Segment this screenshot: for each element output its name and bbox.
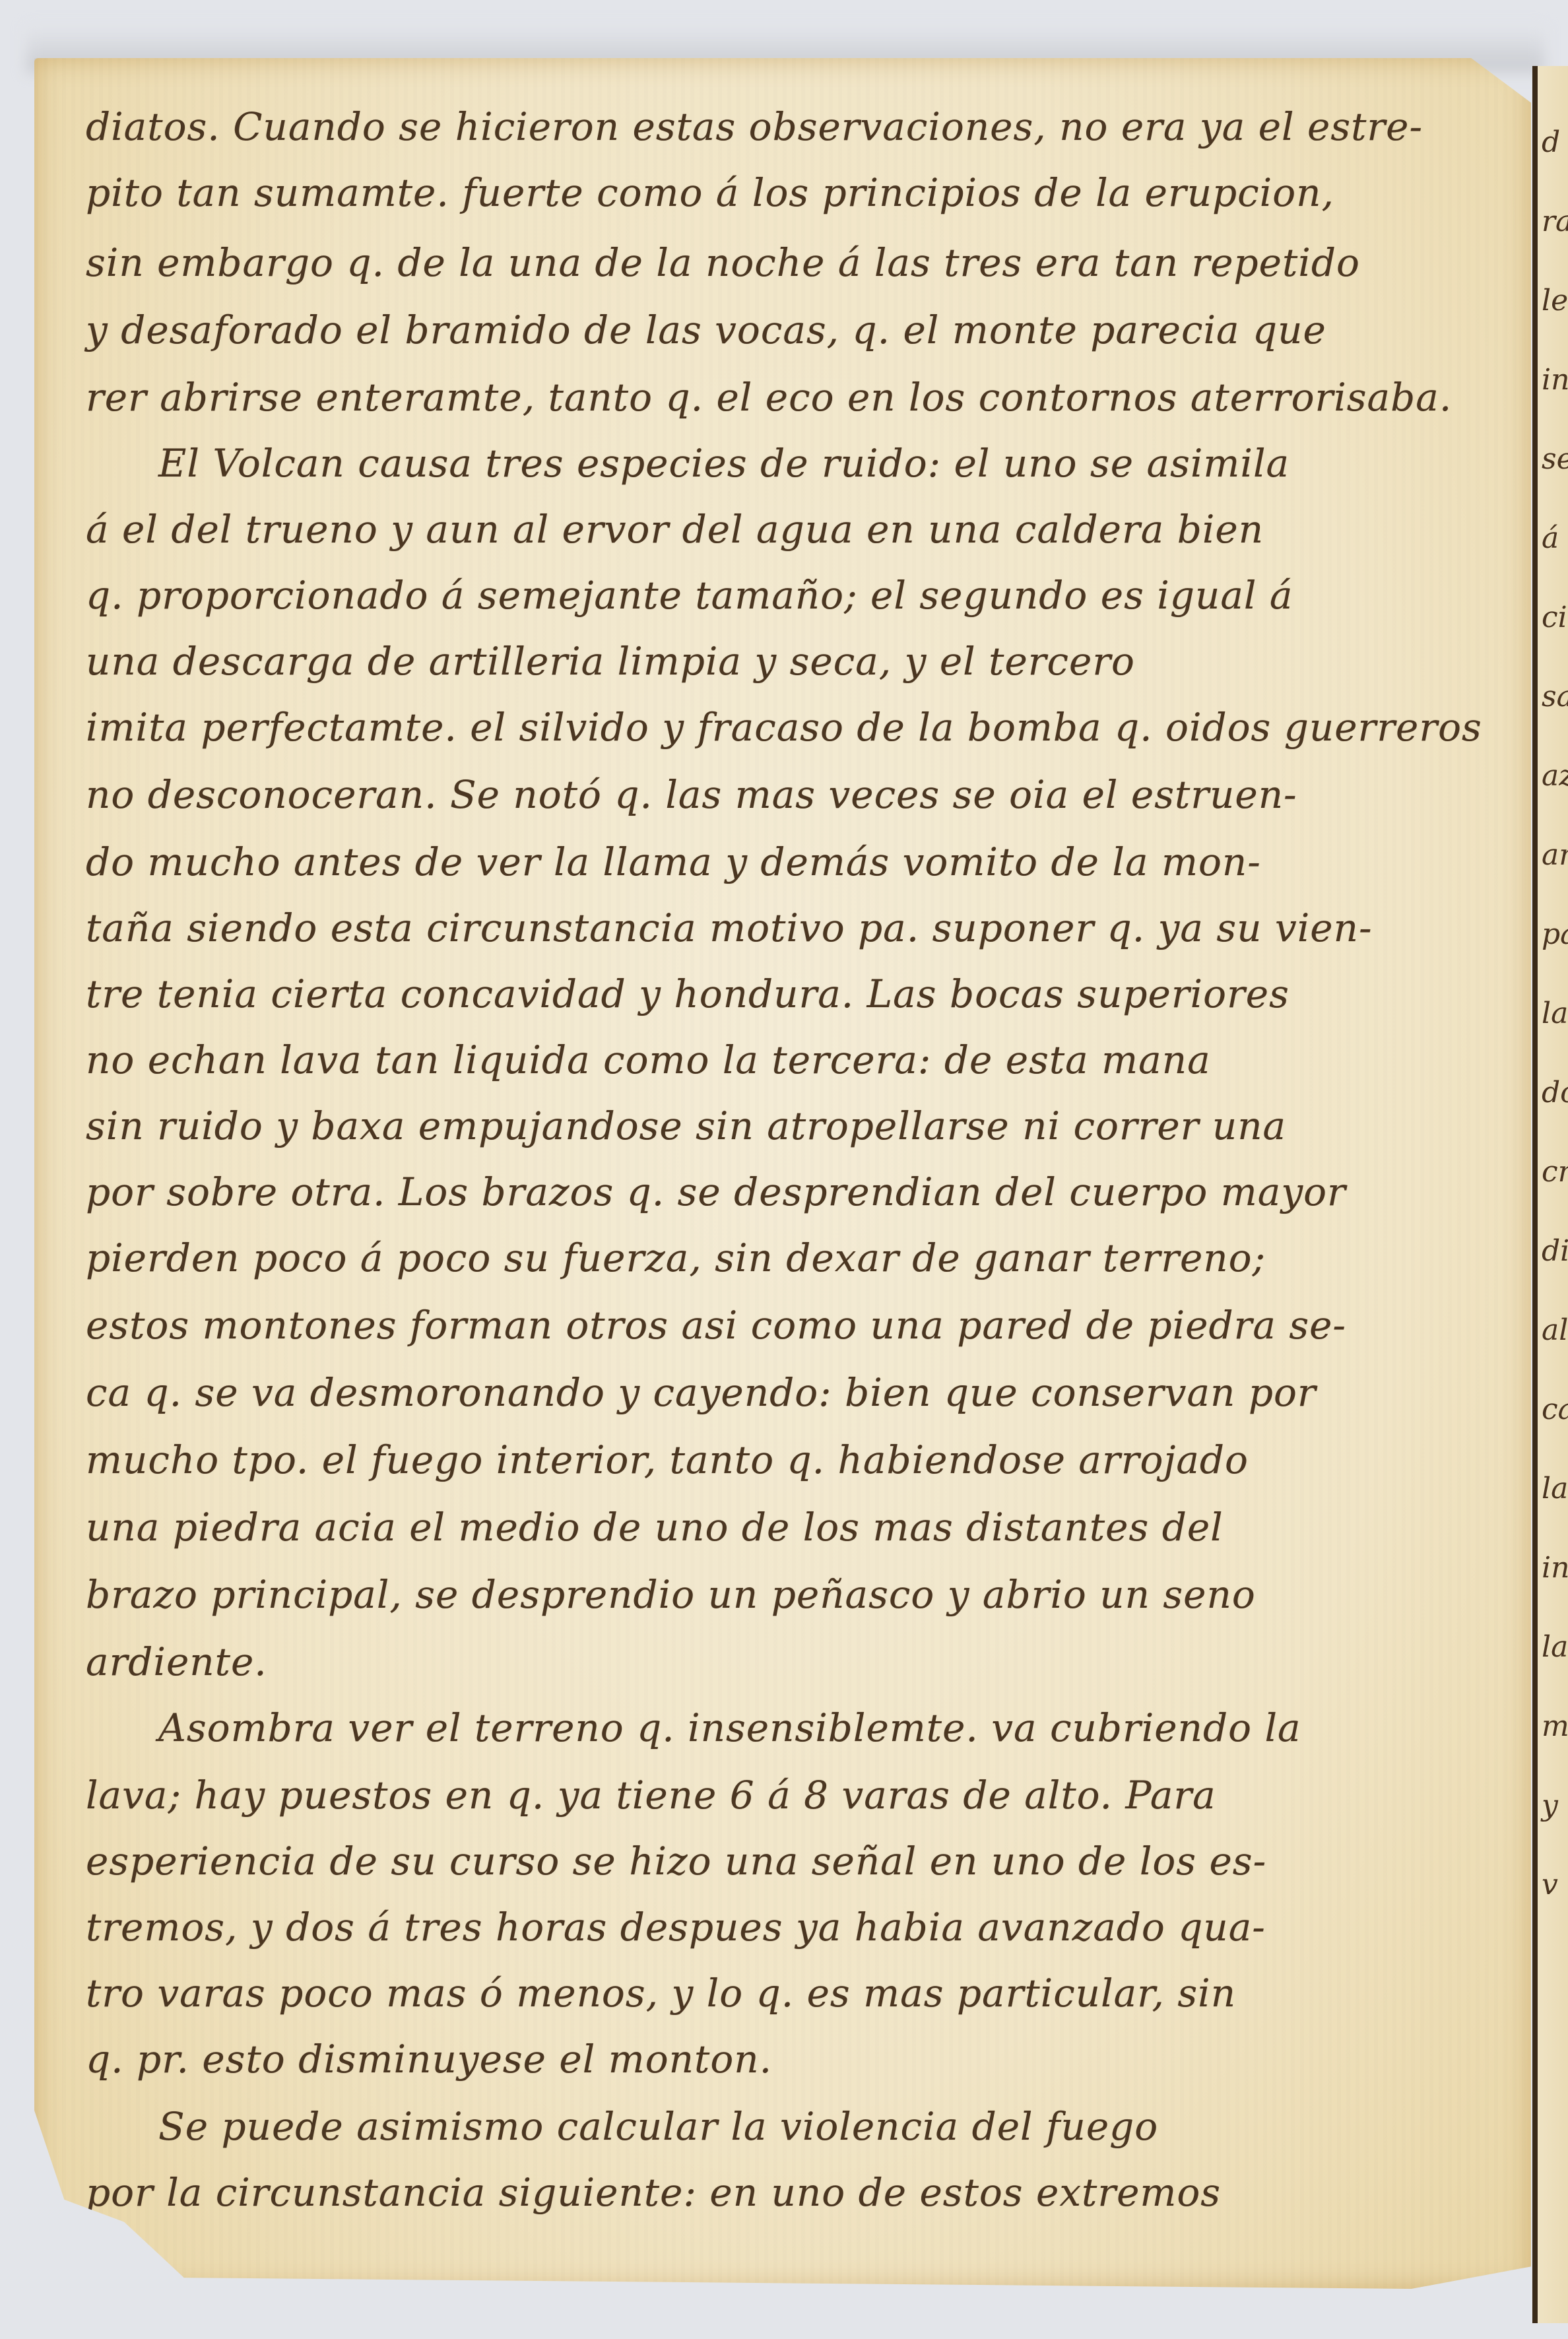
text-line: esperiencia de su curso se hizo una seña… bbox=[86, 1839, 1266, 1884]
text-line: una piedra acia el medio de uno de los m… bbox=[86, 1505, 1224, 1550]
text-line: pito tan sumamte. fuerte como á los prin… bbox=[86, 170, 1334, 215]
adjacent-page-fragment: pa bbox=[1542, 917, 1568, 951]
adjacent-page-fragment: ra bbox=[1542, 205, 1568, 238]
text-line: sin embargo q. de la una de la noche á l… bbox=[86, 240, 1360, 285]
adjacent-page-fragment: v bbox=[1542, 1868, 1558, 1901]
adjacent-page-fragment: las bbox=[1542, 997, 1568, 1030]
adjacent-page-fragment: az bbox=[1542, 759, 1568, 793]
text-line: por la circunstancia siguiente: en uno d… bbox=[86, 2170, 1221, 2215]
text-line: por sobre otra. Los brazos q. se despren… bbox=[86, 1169, 1346, 1214]
text-line: taña siendo esta circunstancia motivo pa… bbox=[86, 906, 1373, 950]
text-line: q. pr. esto disminuyese el monton. bbox=[86, 2037, 772, 2082]
text-line: brazo principal, se desprendio un peñasc… bbox=[86, 1572, 1256, 1617]
adjacent-page-edge: draleinseácisaazanpalasdocredialcalainla… bbox=[1532, 66, 1568, 2323]
adjacent-page-fragment: an bbox=[1542, 838, 1568, 872]
manuscript-page: diatos. Cuando se hicieron estas observa… bbox=[34, 58, 1531, 2289]
text-line: tre tenia cierta concavidad y hondura. L… bbox=[86, 972, 1290, 1016]
text-line: á el del trueno y aun al ervor del agua … bbox=[86, 507, 1264, 552]
text-line: y desaforado el bramido de las vocas, q.… bbox=[86, 308, 1326, 352]
paragraph-start-line: Asombra ver el terreno q. insensiblemte.… bbox=[158, 1705, 1301, 1750]
text-line: q. proporcionado á semejante tamaño; el … bbox=[86, 573, 1293, 618]
adjacent-page-fragment: m bbox=[1542, 1709, 1568, 1743]
text-line: ardiente. bbox=[86, 1639, 267, 1684]
text-line: diatos. Cuando se hicieron estas observa… bbox=[86, 104, 1423, 149]
text-line: sin ruido y baxa empujandose sin atropel… bbox=[86, 1104, 1286, 1148]
adjacent-page-fragment: in bbox=[1542, 363, 1568, 397]
text-line: do mucho antes de ver la llama y demás v… bbox=[86, 840, 1261, 884]
adjacent-page-fragment: cre bbox=[1542, 1155, 1568, 1189]
adjacent-page-fragment: se bbox=[1542, 442, 1568, 476]
adjacent-page-fragment: la bbox=[1542, 1472, 1568, 1505]
text-line: no desconoceran. Se notó q. las mas vece… bbox=[86, 772, 1297, 817]
text-line: estos montones forman otros asi como una… bbox=[86, 1303, 1346, 1348]
adjacent-page-fragment: ci bbox=[1542, 601, 1567, 634]
adjacent-page-fragment: in bbox=[1542, 1551, 1568, 1585]
paragraph-start-line: El Volcan causa tres especies de ruido: … bbox=[158, 441, 1290, 486]
adjacent-page-fragment: d bbox=[1542, 125, 1560, 159]
adjacent-page-fragment: la bbox=[1542, 1630, 1568, 1664]
adjacent-page-fragment: ca bbox=[1542, 1393, 1568, 1426]
text-line: tremos, y dos á tres horas despues ya ha… bbox=[86, 1905, 1266, 1950]
text-line: una descarga de artilleria limpia y seca… bbox=[86, 639, 1135, 684]
adjacent-page-fragment: do bbox=[1542, 1076, 1568, 1109]
text-line: ca q. se va desmoronando y cayendo: bien… bbox=[86, 1370, 1317, 1415]
adjacent-page-fragment: sa bbox=[1542, 680, 1568, 713]
adjacent-page-fragment: al bbox=[1542, 1313, 1568, 1347]
adjacent-page-fragment: di bbox=[1542, 1234, 1568, 1268]
text-line: lava; hay puestos en q. ya tiene 6 á 8 v… bbox=[86, 1773, 1216, 1818]
text-line: tro varas poco mas ó menos, y lo q. es m… bbox=[86, 1971, 1236, 2016]
paragraph-start-line: Se puede asimismo calcular la violencia … bbox=[158, 2104, 1158, 2149]
text-line: no echan lava tan liquida como la tercer… bbox=[86, 1038, 1211, 1082]
adjacent-page-fragment: á bbox=[1542, 521, 1559, 555]
text-line: pierden poco á poco su fuerza, sin dexar… bbox=[86, 1235, 1266, 1280]
adjacent-page-fragment: y bbox=[1542, 1789, 1558, 1822]
adjacent-page-fragment: le bbox=[1542, 284, 1568, 317]
text-line: rer abrirse enteramte, tanto q. el eco e… bbox=[86, 375, 1452, 420]
text-line: imita perfectamte. el silvido y fracaso … bbox=[86, 705, 1482, 750]
text-line: mucho tpo. el fuego interior, tanto q. h… bbox=[86, 1437, 1249, 1482]
